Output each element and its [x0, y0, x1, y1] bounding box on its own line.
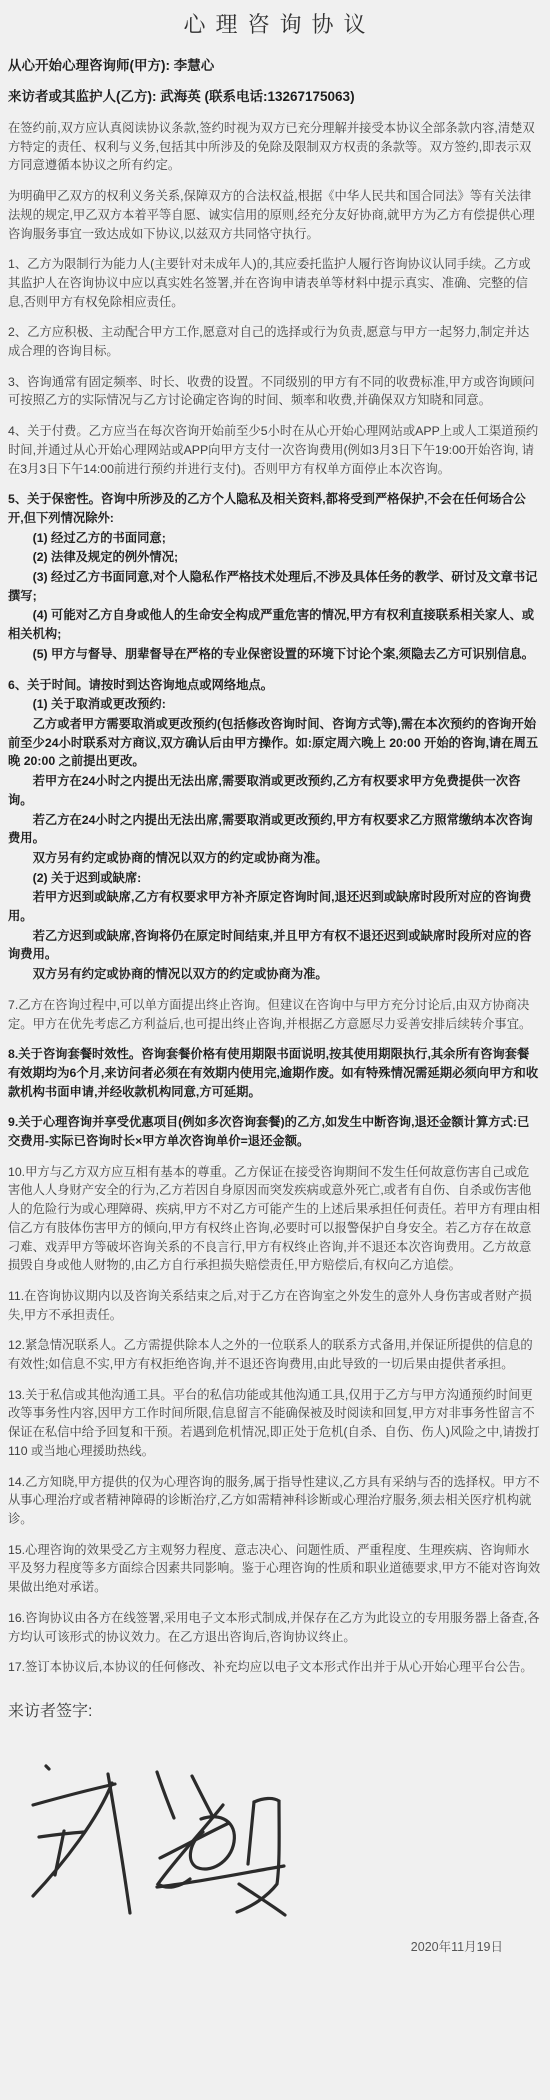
party-b-line: 来访者或其监护人(乙方): 武海英 (联系电话:13267175063) — [8, 87, 541, 107]
agreement-paragraph: 若乙方在24小时之内提出无法出席,需要取消或更改预约,甲方有权要求乙方照常缴纳本… — [8, 811, 541, 848]
agreement-paragraph: (2) 关于迟到或缺席: — [8, 869, 541, 888]
agreement-paragraph: 1、乙方为限制行为能力人(主要针对未成年人)的,其应委托监护人履行咨询协议认同手… — [8, 255, 541, 311]
agreement-paragraph: 13.关于私信或其他沟通工具。平台的私信功能或其他沟通工具,仅用于乙方与甲方沟通… — [8, 1386, 541, 1461]
party-a-line: 从心开始心理咨询师(甲方): 李慧心 — [8, 56, 541, 76]
agreement-paragraph: 若甲方在24小时之内提出无法出席,需要取消或更改预约,乙方有权要求甲方免费提供一… — [8, 772, 541, 809]
agreement-paragraph: 11.在咨询协议期内以及咨询关系结束之后,对于乙方在咨询室之外发生的意外人身伤害… — [8, 1287, 541, 1324]
agreement-paragraph: 乙方或者甲方需要取消或更改预约(包括修改咨询时间、咨询方式等),需在本次预约的咨… — [8, 715, 541, 771]
agreement-paragraph: (1) 关于取消或更改预约: — [8, 695, 541, 714]
agreement-paragraph: 6、关于时间。请按时到达咨询地点或网络地点。 — [8, 676, 541, 695]
agreement-paragraph: (1) 经过乙方的书面同意; — [8, 529, 541, 548]
agreement-paragraph: (5) 甲方与督导、朋辈督导在严格的专业保密设置的环境下讨论个案,须隐去乙方可识… — [8, 645, 541, 664]
signature-svg — [20, 1763, 310, 1933]
signature-drawing — [20, 1763, 541, 1935]
agreement-paragraph: 4、关于付费。乙方应当在每次咨询开始前至少5小时在从心开始心理网站或APP上或人… — [8, 422, 541, 478]
agreement-paragraph: 为明确甲乙双方的权利义务关系,保障双方的合法权益,根据《中华人民共和国合同法》等… — [8, 187, 541, 243]
signature-strokes — [33, 1766, 285, 1915]
agreement-paragraph: 15.心理咨询的效果受乙方主观努力程度、意志决心、问题性质、严重程度、生理疾病、… — [8, 1541, 541, 1597]
agreement-paragraph: (2) 法律及规定的例外情况; — [8, 548, 541, 567]
agreement-paragraph: 7.乙方在咨询过程中,可以单方面提出终止咨询。但建议在咨询中与甲方充分讨论后,由… — [8, 996, 541, 1033]
agreement-paragraph: 双方另有约定或协商的情况以双方的约定或协商为准。 — [8, 965, 541, 984]
document-title: 心理咨询协议 — [8, 10, 541, 40]
agreement-paragraph: 若乙方迟到或缺席,咨询将仍在原定时间结束,并且甲方有权不退还迟到或缺席时段所对应… — [8, 927, 541, 964]
signature-label: 来访者签字: — [8, 1701, 541, 1723]
agreement-paragraph: 12.紧急情况联系人。乙方需提供除本人之外的一位联系人的联系方式备用,并保证所提… — [8, 1336, 541, 1373]
agreement-paragraph: 9.关于心理咨询并享受优惠项目(例如多次咨询套餐)的乙方,如发生中断咨询,退还金… — [8, 1113, 541, 1150]
signature-date: 2020年11月19日 — [8, 1939, 541, 1955]
agreement-paragraph: 8.关于咨询套餐时效性。咨询套餐价格有使用期限书面说明,按其使用期限执行,其余所… — [8, 1045, 541, 1101]
agreement-paragraph: 17.签订本协议后,本协议的任何修改、补充均应以电子文本形式作出并于从心开始心理… — [8, 1658, 541, 1677]
agreement-paragraph: (4) 可能对乙方自身或他人的生命安全构成严重危害的情况,甲方有权利直接联系相关… — [8, 606, 541, 643]
agreement-paragraph: (3) 经过乙方书面同意,对个人隐私作严格技术处理后,不涉及具体任务的教学、研讨… — [8, 568, 541, 605]
agreement-paragraph: 双方另有约定或协商的情况以双方的约定或协商为准。 — [8, 849, 541, 868]
agreement-body: 在签约前,双方应认真阅读协议条款,签约时视为双方已充分理解并接受本协议全部条款内… — [8, 119, 541, 1677]
agreement-document: 心理咨询协议 从心开始心理咨询师(甲方): 李慧心 来访者或其监护人(乙方): … — [0, 0, 550, 2100]
agreement-paragraph: 5、关于保密性。咨询中所涉及的乙方个人隐私及相关资料,都将受到严格保护,不会在任… — [8, 490, 541, 527]
agreement-paragraph: 若甲方迟到或缺席,乙方有权要求甲方补齐原定咨询时间,退还迟到或缺席时段所对应的咨… — [8, 888, 541, 925]
agreement-paragraph: 3、咨询通常有固定频率、时长、收费的设置。不同级别的甲方有不同的收费标准,甲方或… — [8, 373, 541, 410]
agreement-paragraph: 在签约前,双方应认真阅读协议条款,签约时视为双方已充分理解并接受本协议全部条款内… — [8, 119, 541, 175]
agreement-paragraph: 2、乙方应积极、主动配合甲方工作,愿意对自己的选择或行为负责,愿意与甲方一起努力… — [8, 323, 541, 360]
agreement-paragraph: 10.甲方与乙方双方应互相有基本的尊重。乙方保证在接受咨询期间不发生任何故意伤害… — [8, 1163, 541, 1275]
agreement-paragraph: 14.乙方知晓,甲方提供的仅为心理咨询的服务,属于指导性建议,乙方具有采纳与否的… — [8, 1473, 541, 1529]
agreement-paragraph: 16.咨询协议由各方在线签署,采用电子文本形式制成,并保存在乙方为此设立的专用服… — [8, 1609, 541, 1646]
